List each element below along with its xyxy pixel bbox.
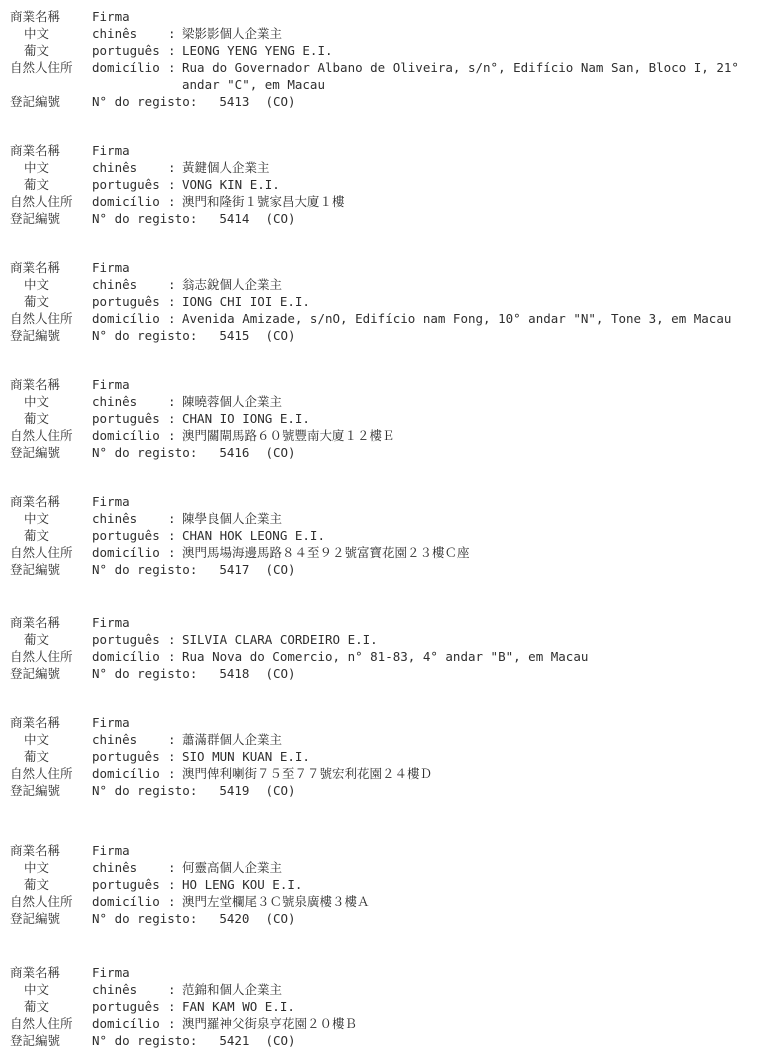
portuguese-label-zh: 葡文: [10, 876, 92, 893]
portuguese-label-zh: 葡文: [10, 42, 92, 59]
registry-suffix: (CO): [265, 782, 295, 799]
colon-separator: :: [168, 731, 182, 748]
chinese-label-zh: 中文: [10, 25, 92, 42]
portuguese-name-row: 葡文 português : FAN KAM WO E.I.: [10, 998, 751, 1015]
domicile-label-zh: 自然人住所: [10, 193, 92, 210]
registry-label-zh: 登記編號: [10, 782, 92, 799]
registry-row: 登記編號 N° do registo: 5413 (CO): [10, 93, 751, 110]
portuguese-name-row: 葡文 português : LEONG YENG YENG E.I.: [10, 42, 751, 59]
colon-separator: :: [168, 310, 182, 327]
chinese-name-row: 中文 chinês : 翁志銳個人企業主: [10, 276, 751, 293]
registry-suffix: (CO): [265, 210, 295, 227]
colon-separator: :: [168, 981, 182, 998]
registry-row: 登記編號 N° do registo: 5417 (CO): [10, 561, 751, 578]
portuguese-label-pt: português: [92, 293, 168, 310]
colon-separator: :: [168, 544, 182, 561]
chinese-name-value: 黃鍵個人企業主: [182, 159, 751, 176]
colon-separator: :: [168, 876, 182, 893]
firma-row: 商業名稱 Firma: [10, 8, 751, 25]
business-name-label-zh: 商業名稱: [10, 714, 92, 731]
domicile-row: 自然人住所 domicílio : Rua do Governador Alba…: [10, 59, 751, 93]
portuguese-name-value: SILVIA CLARA CORDEIRO E.I.: [182, 631, 751, 648]
firma-row: 商業名稱 Firma: [10, 259, 751, 276]
registry-label-zh: 登記編號: [10, 444, 92, 461]
domicile-label-pt: domicílio: [92, 893, 168, 910]
chinese-label-zh: 中文: [10, 731, 92, 748]
business-name-label-zh: 商業名稱: [10, 493, 92, 510]
domicile-label-pt: domicílio: [92, 648, 168, 665]
business-name-label-pt: Firma: [92, 493, 168, 510]
portuguese-name-value: SIO MUN KUAN E.I.: [182, 748, 751, 765]
registry-entry: 商業名稱 Firma 葡文 português : SILVIA CLARA C…: [10, 614, 751, 682]
portuguese-name-row: 葡文 português : HO LENG KOU E.I.: [10, 876, 751, 893]
business-name-label-zh: 商業名稱: [10, 8, 92, 25]
portuguese-label-zh: 葡文: [10, 631, 92, 648]
registry-suffix: (CO): [265, 93, 295, 110]
colon-separator: :: [168, 765, 182, 782]
registry-suffix: (CO): [265, 665, 295, 682]
domicile-label-zh: 自然人住所: [10, 59, 92, 76]
portuguese-label-pt: português: [92, 42, 168, 59]
registry-entry: 商業名稱 Firma 中文 chinês : 陳曉蓉個人企業主 葡文 portu…: [10, 376, 751, 461]
registry-label-pt: N° do registo:: [92, 444, 197, 461]
portuguese-label-zh: 葡文: [10, 176, 92, 193]
colon-separator: :: [168, 276, 182, 293]
chinese-name-value: 蕭滿群個人企業主: [182, 731, 751, 748]
domicile-row: 自然人住所 domicílio : 澳門左堂欄尾３Ｃ號泉廣樓３樓Ａ: [10, 893, 751, 910]
registry-row: 登記編號 N° do registo: 5416 (CO): [10, 444, 751, 461]
domicile-label-pt: domicílio: [92, 59, 168, 76]
registry-entries-list: 商業名稱 Firma 中文 chinês : 梁影影個人企業主 葡文 portu…: [10, 8, 751, 1049]
domicile-label-pt: domicílio: [92, 427, 168, 444]
portuguese-label-pt: português: [92, 876, 168, 893]
registry-suffix: (CO): [265, 444, 295, 461]
chinese-label-pt: chinês: [92, 159, 168, 176]
portuguese-label-zh: 葡文: [10, 527, 92, 544]
registry-number: 5413: [219, 93, 249, 110]
chinese-label-pt: chinês: [92, 393, 168, 410]
business-name-label-pt: Firma: [92, 259, 168, 276]
registry-label-pt: N° do registo:: [92, 782, 197, 799]
registry-label-zh: 登記編號: [10, 665, 92, 682]
firma-row: 商業名稱 Firma: [10, 714, 751, 731]
domicile-row: 自然人住所 domicílio : Rua Nova do Comercio, …: [10, 648, 751, 665]
portuguese-name-row: 葡文 português : SIO MUN KUAN E.I.: [10, 748, 751, 765]
portuguese-label-pt: português: [92, 748, 168, 765]
registry-number: 5420: [219, 910, 249, 927]
portuguese-label-pt: português: [92, 631, 168, 648]
domicile-value: 澳門俾利喇街７５至７７號宏利花園２４樓Ｄ: [182, 765, 751, 782]
domicile-label-pt: domicílio: [92, 193, 168, 210]
colon-separator: :: [168, 25, 182, 42]
chinese-label-pt: chinês: [92, 731, 168, 748]
business-name-label-zh: 商業名稱: [10, 964, 92, 981]
business-name-label-zh: 商業名稱: [10, 842, 92, 859]
business-name-label-pt: Firma: [92, 714, 168, 731]
registry-entry: 商業名稱 Firma 中文 chinês : 何靈高個人企業主 葡文 portu…: [10, 842, 751, 927]
chinese-label-pt: chinês: [92, 25, 168, 42]
domicile-label-pt: domicílio: [92, 310, 168, 327]
portuguese-label-zh: 葡文: [10, 748, 92, 765]
colon-separator: :: [168, 293, 182, 310]
registry-number: 5417: [219, 561, 249, 578]
business-name-label-zh: 商業名稱: [10, 614, 92, 631]
registry-entry: 商業名稱 Firma 中文 chinês : 范錦和個人企業主 葡文 portu…: [10, 964, 751, 1049]
registry-entry: 商業名稱 Firma 中文 chinês : 蕭滿群個人企業主 葡文 portu…: [10, 714, 751, 799]
firma-row: 商業名稱 Firma: [10, 142, 751, 159]
registry-number: 5416: [219, 444, 249, 461]
portuguese-name-value: HO LENG KOU E.I.: [182, 876, 751, 893]
chinese-name-value: 何靈高個人企業主: [182, 859, 751, 876]
domicile-row: 自然人住所 domicílio : Avenida Amizade, s/nO,…: [10, 310, 751, 327]
colon-separator: :: [168, 176, 182, 193]
portuguese-label-zh: 葡文: [10, 410, 92, 427]
chinese-name-row: 中文 chinês : 梁影影個人企業主: [10, 25, 751, 42]
portuguese-name-row: 葡文 português : VONG KIN E.I.: [10, 176, 751, 193]
colon-separator: :: [168, 1015, 182, 1032]
domicile-label-zh: 自然人住所: [10, 765, 92, 782]
registry-number: 5415: [219, 327, 249, 344]
chinese-name-row: 中文 chinês : 蕭滿群個人企業主: [10, 731, 751, 748]
portuguese-label-pt: português: [92, 998, 168, 1015]
registry-suffix: (CO): [265, 561, 295, 578]
domicile-label-zh: 自然人住所: [10, 544, 92, 561]
chinese-name-value: 范錦和個人企業主: [182, 981, 751, 998]
registry-label-pt: N° do registo:: [92, 93, 197, 110]
chinese-name-row: 中文 chinês : 何靈高個人企業主: [10, 859, 751, 876]
firma-row: 商業名稱 Firma: [10, 493, 751, 510]
domicile-row: 自然人住所 domicílio : 澳門關閘馬路６０號豐南大廈１２樓Ｅ: [10, 427, 751, 444]
portuguese-name-row: 葡文 português : CHAN HOK LEONG E.I.: [10, 527, 751, 544]
portuguese-name-value: CHAN HOK LEONG E.I.: [182, 527, 751, 544]
registry-row: 登記編號 N° do registo: 5421 (CO): [10, 1032, 751, 1049]
colon-separator: :: [168, 410, 182, 427]
portuguese-name-value: IONG CHI IOI E.I.: [182, 293, 751, 310]
chinese-name-value: 翁志銳個人企業主: [182, 276, 751, 293]
domicile-label-pt: domicílio: [92, 1015, 168, 1032]
registry-label-pt: N° do registo:: [92, 1032, 197, 1049]
firma-row: 商業名稱 Firma: [10, 964, 751, 981]
colon-separator: :: [168, 159, 182, 176]
chinese-name-value: 梁影影個人企業主: [182, 25, 751, 42]
firma-row: 商業名稱 Firma: [10, 614, 751, 631]
colon-separator: :: [168, 631, 182, 648]
registry-label-zh: 登記編號: [10, 910, 92, 927]
registry-label-pt: N° do registo:: [92, 910, 197, 927]
registry-row: 登記編號 N° do registo: 5414 (CO): [10, 210, 751, 227]
registry-label-pt: N° do registo:: [92, 210, 197, 227]
domicile-value: 澳門和隆街１號家昌大廈１樓: [182, 193, 751, 210]
registry-suffix: (CO): [265, 327, 295, 344]
portuguese-label-zh: 葡文: [10, 293, 92, 310]
domicile-row: 自然人住所 domicílio : 澳門俾利喇街７５至７７號宏利花園２４樓Ｄ: [10, 765, 751, 782]
portuguese-name-row: 葡文 português : CHAN IO IONG E.I.: [10, 410, 751, 427]
firma-row: 商業名稱 Firma: [10, 842, 751, 859]
chinese-name-value: 陳學良個人企業主: [182, 510, 751, 527]
portuguese-label-zh: 葡文: [10, 998, 92, 1015]
registry-row: 登記編號 N° do registo: 5419 (CO): [10, 782, 751, 799]
registry-number: 5419: [219, 782, 249, 799]
domicile-label-pt: domicílio: [92, 544, 168, 561]
colon-separator: :: [168, 648, 182, 665]
domicile-label-zh: 自然人住所: [10, 893, 92, 910]
portuguese-name-row: 葡文 português : SILVIA CLARA CORDEIRO E.I…: [10, 631, 751, 648]
registry-label-zh: 登記編號: [10, 561, 92, 578]
registry-entry: 商業名稱 Firma 中文 chinês : 黃鍵個人企業主 葡文 portug…: [10, 142, 751, 227]
registry-entry: 商業名稱 Firma 中文 chinês : 梁影影個人企業主 葡文 portu…: [10, 8, 751, 110]
chinese-label-pt: chinês: [92, 276, 168, 293]
chinese-label-zh: 中文: [10, 276, 92, 293]
domicile-label-pt: domicílio: [92, 765, 168, 782]
colon-separator: :: [168, 427, 182, 444]
chinese-label-pt: chinês: [92, 510, 168, 527]
registry-suffix: (CO): [265, 1032, 295, 1049]
chinese-name-value: 陳曉蓉個人企業主: [182, 393, 751, 410]
registry-label-pt: N° do registo:: [92, 561, 197, 578]
chinese-name-row: 中文 chinês : 陳曉蓉個人企業主: [10, 393, 751, 410]
registry-label-zh: 登記編號: [10, 327, 92, 344]
portuguese-label-pt: português: [92, 176, 168, 193]
colon-separator: :: [168, 748, 182, 765]
chinese-name-row: 中文 chinês : 陳學良個人企業主: [10, 510, 751, 527]
document-page: 商業名稱 Firma 中文 chinês : 梁影影個人企業主 葡文 portu…: [0, 0, 759, 1058]
registry-row: 登記編號 N° do registo: 5418 (CO): [10, 665, 751, 682]
domicile-label-zh: 自然人住所: [10, 1015, 92, 1032]
colon-separator: :: [168, 998, 182, 1015]
business-name-label-pt: Firma: [92, 376, 168, 393]
registry-number: 5418: [219, 665, 249, 682]
domicile-label-zh: 自然人住所: [10, 648, 92, 665]
business-name-label-pt: Firma: [92, 964, 168, 981]
domicile-value: 澳門左堂欄尾３Ｃ號泉廣樓３樓Ａ: [182, 893, 751, 910]
chinese-name-row: 中文 chinês : 范錦和個人企業主: [10, 981, 751, 998]
chinese-label-zh: 中文: [10, 981, 92, 998]
portuguese-name-value: VONG KIN E.I.: [182, 176, 751, 193]
domicile-label-zh: 自然人住所: [10, 427, 92, 444]
business-name-label-pt: Firma: [92, 142, 168, 159]
colon-separator: :: [168, 859, 182, 876]
colon-separator: :: [168, 527, 182, 544]
domicile-label-zh: 自然人住所: [10, 310, 92, 327]
colon-separator: :: [168, 193, 182, 210]
colon-separator: :: [168, 510, 182, 527]
chinese-name-row: 中文 chinês : 黃鍵個人企業主: [10, 159, 751, 176]
domicile-row: 自然人住所 domicílio : 澳門羅神父街泉亨花園２０樓Ｂ: [10, 1015, 751, 1032]
portuguese-name-value: LEONG YENG YENG E.I.: [182, 42, 751, 59]
registry-row: 登記編號 N° do registo: 5415 (CO): [10, 327, 751, 344]
chinese-label-zh: 中文: [10, 393, 92, 410]
chinese-label-pt: chinês: [92, 981, 168, 998]
business-name-label-zh: 商業名稱: [10, 142, 92, 159]
business-name-label-pt: Firma: [92, 614, 168, 631]
chinese-label-pt: chinês: [92, 859, 168, 876]
portuguese-label-pt: português: [92, 527, 168, 544]
domicile-row: 自然人住所 domicílio : 澳門和隆街１號家昌大廈１樓: [10, 193, 751, 210]
domicile-value: 澳門羅神父街泉亨花園２０樓Ｂ: [182, 1015, 751, 1032]
portuguese-name-value: FAN KAM WO E.I.: [182, 998, 751, 1015]
domicile-value: Rua Nova do Comercio, n° 81-83, 4° andar…: [182, 648, 751, 665]
registry-label-zh: 登記編號: [10, 1032, 92, 1049]
domicile-value: Avenida Amizade, s/nO, Edifício nam Fong…: [182, 310, 751, 327]
registry-label-pt: N° do registo:: [92, 665, 197, 682]
business-name-label-pt: Firma: [92, 842, 168, 859]
domicile-row: 自然人住所 domicílio : 澳門馬場海邊馬路８４至９２號富寶花園２３樓Ｃ…: [10, 544, 751, 561]
business-name-label-pt: Firma: [92, 8, 168, 25]
registry-entry: 商業名稱 Firma 中文 chinês : 陳學良個人企業主 葡文 portu…: [10, 493, 751, 578]
chinese-label-zh: 中文: [10, 859, 92, 876]
colon-separator: :: [168, 893, 182, 910]
registry-row: 登記編號 N° do registo: 5420 (CO): [10, 910, 751, 927]
business-name-label-zh: 商業名稱: [10, 376, 92, 393]
registry-number: 5421: [219, 1032, 249, 1049]
firma-row: 商業名稱 Firma: [10, 376, 751, 393]
registry-label-zh: 登記編號: [10, 93, 92, 110]
portuguese-name-value: CHAN IO IONG E.I.: [182, 410, 751, 427]
registry-suffix: (CO): [265, 910, 295, 927]
registry-label-pt: N° do registo:: [92, 327, 197, 344]
registry-number: 5414: [219, 210, 249, 227]
domicile-value: Rua do Governador Albano de Oliveira, s/…: [182, 59, 751, 93]
domicile-value: 澳門關閘馬路６０號豐南大廈１２樓Ｅ: [182, 427, 751, 444]
domicile-value: 澳門馬場海邊馬路８４至９２號富寶花園２３樓Ｃ座: [182, 544, 751, 561]
colon-separator: :: [168, 393, 182, 410]
business-name-label-zh: 商業名稱: [10, 259, 92, 276]
portuguese-name-row: 葡文 português : IONG CHI IOI E.I.: [10, 293, 751, 310]
portuguese-label-pt: português: [92, 410, 168, 427]
colon-separator: :: [168, 42, 182, 59]
chinese-label-zh: 中文: [10, 510, 92, 527]
registry-label-zh: 登記編號: [10, 210, 92, 227]
colon-separator: :: [168, 59, 182, 76]
chinese-label-zh: 中文: [10, 159, 92, 176]
registry-entry: 商業名稱 Firma 中文 chinês : 翁志銳個人企業主 葡文 portu…: [10, 259, 751, 344]
